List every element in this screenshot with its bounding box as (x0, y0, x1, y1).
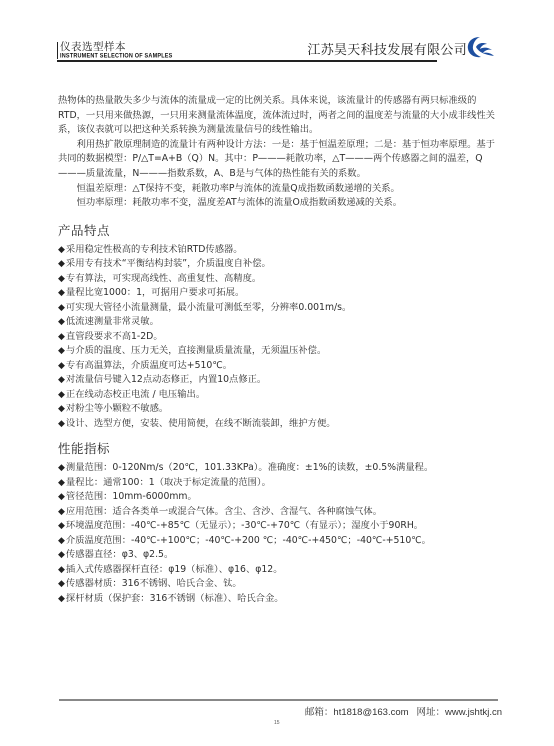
list-item: ◆可实现大管径小流量测量，最小流量可测低至零，分辨率0.001m/s。 (58, 301, 503, 316)
diamond-bullet-icon: ◆ (58, 492, 65, 502)
email-label: 邮箱： (305, 707, 334, 718)
catalog-title-en: INSTRUMENT SELECTION OF SAMPLES (60, 53, 173, 60)
list-item: ◆环境温度范围：-40℃-+85℃（无显示）；-30℃-+70℃（有显示）；湿度… (58, 519, 503, 534)
specs-heading: 性能指标 (58, 441, 503, 457)
diamond-bullet-icon: ◆ (58, 507, 65, 517)
diamond-bullet-icon: ◆ (58, 375, 65, 385)
intro-paragraph: 热物体的热量散失多少与流体的流量成一定的比例关系。具体来说，该流量计的传感器有两… (58, 94, 503, 138)
company-name: 江苏昊天科技发展有限公司 (307, 43, 467, 58)
header-divider (57, 60, 437, 62)
diamond-bullet-icon: ◆ (58, 404, 65, 414)
list-item: ◆介质温度范围：-40℃-+100℃；-40℃-+200 ℃；-40℃-+450… (58, 534, 503, 549)
specs-list: ◆测量范围：0-120Nm/s（20℃，101.33KPa）。准确度：±1%的读… (58, 461, 503, 606)
company-logo-icon (466, 35, 496, 59)
email-link[interactable]: ht1818@163.com (333, 707, 408, 718)
list-item: ◆应用范围：适合各类单一或混合气体。含尘、含沙、含湿气、各种腐蚀气体。 (58, 505, 503, 520)
diamond-bullet-icon: ◆ (58, 478, 65, 488)
diamond-bullet-icon: ◆ (58, 332, 65, 342)
diamond-bullet-icon: ◆ (58, 259, 65, 269)
features-list: ◆采用稳定性极高的专利技术铂RTD传感器。 ◆采用专有技术“平衡结构封装”，介质… (58, 243, 503, 432)
website-label: 网址： (416, 707, 445, 718)
list-item: ◆与介质的温度、压力无关，直接测量质量流量，无须温压补偿。 (58, 344, 503, 359)
diamond-bullet-icon: ◆ (58, 288, 65, 298)
website-link[interactable]: www.jshtkj.cn (445, 707, 502, 718)
list-item: ◆探杆材质（保护套：316不锈钢（标准）、哈氏合金。 (58, 592, 503, 607)
diamond-bullet-icon: ◆ (58, 317, 65, 327)
footer-divider (59, 699, 498, 701)
diamond-bullet-icon: ◆ (58, 550, 65, 560)
diamond-bullet-icon: ◆ (58, 521, 65, 531)
list-item: ◆量程比宽1000：1，可据用户要求可拓展。 (58, 286, 503, 301)
list-item: ◆测量范围：0-120Nm/s（20℃，101.33KPa）。准确度：±1%的读… (58, 461, 503, 476)
diamond-bullet-icon: ◆ (58, 419, 65, 429)
list-item: ◆专有算法，可实现高线性、高重复性、高精度。 (58, 272, 503, 287)
catalog-title-cn: 仪表选型样本 (60, 42, 173, 53)
page-number: 15 (274, 720, 280, 726)
diamond-bullet-icon: ◆ (58, 274, 65, 284)
diamond-bullet-icon: ◆ (58, 390, 65, 400)
list-item: ◆传感器直径：φ3、φ2.5。 (58, 548, 503, 563)
list-item: ◆对粉尘等小颗粒不敏感。 (58, 402, 503, 417)
list-item: ◆插入式传感器探杆直径：φ19（标准）、φ16、φ12。 (58, 563, 503, 578)
list-item: ◆低流速测量非常灵敏。 (58, 315, 503, 330)
diamond-bullet-icon: ◆ (58, 565, 65, 575)
intro-paragraph: 恒温差原理：△T保持不变，耗散功率P与流体的流量Q成指数函数递增的关系。 (58, 182, 503, 197)
diamond-bullet-icon: ◆ (58, 361, 65, 371)
catalog-title: 仪表选型样本 INSTRUMENT SELECTION OF SAMPLES (57, 42, 173, 59)
list-item: ◆直管段要求不高1-2D。 (58, 330, 503, 345)
intro-paragraph: 恒功率原理：耗散功率不变，温度差AT与流体的流量O成指数函数递减的关系。 (58, 196, 503, 211)
diamond-bullet-icon: ◆ (58, 303, 65, 313)
features-heading: 产品特点 (58, 223, 503, 239)
diamond-bullet-icon: ◆ (58, 579, 65, 589)
list-item: ◆采用稳定性极高的专利技术铂RTD传感器。 (58, 243, 503, 258)
diamond-bullet-icon: ◆ (58, 346, 65, 356)
intro-paragraph: 利用热扩散原理制造的流量计有两种设计方法：一是：基于恒温差原理；二是：基于恒功率… (58, 138, 503, 182)
list-item: ◆采用专有技术“平衡结构封装”，介质温度自补偿。 (58, 257, 503, 272)
list-item: ◆正在线动态校正电流 / 电压输出。 (58, 388, 503, 403)
page-content: 热物体的热量散失多少与流体的流量成一定的比例关系。具体来说，该流量计的传感器有两… (58, 94, 503, 606)
diamond-bullet-icon: ◆ (58, 463, 65, 473)
list-item: ◆对流量信号键入12点动态修正，内置10点修正。 (58, 373, 503, 388)
list-item: ◆管径范围：10mm-6000mm。 (58, 490, 503, 505)
list-item: ◆量程比：通常100：1（取决于标定流量的范围）。 (58, 476, 503, 491)
page-header: 仪表选型样本 INSTRUMENT SELECTION OF SAMPLES 江… (57, 36, 467, 60)
list-item: ◆设计、选型方便，安装、使用简便，在线不断流装卸，维护方便。 (58, 417, 503, 432)
diamond-bullet-icon: ◆ (58, 536, 65, 546)
list-item: ◆传感器材质：316不锈钢、哈氏合金、钛。 (58, 577, 503, 592)
list-item: ◆专有高温算法，介质温度可达+510℃。 (58, 359, 503, 374)
diamond-bullet-icon: ◆ (58, 245, 65, 255)
diamond-bullet-icon: ◆ (58, 594, 65, 604)
footer-contact: 邮箱：ht1818@163.com 网址：www.jshtkj.cn (305, 704, 502, 718)
